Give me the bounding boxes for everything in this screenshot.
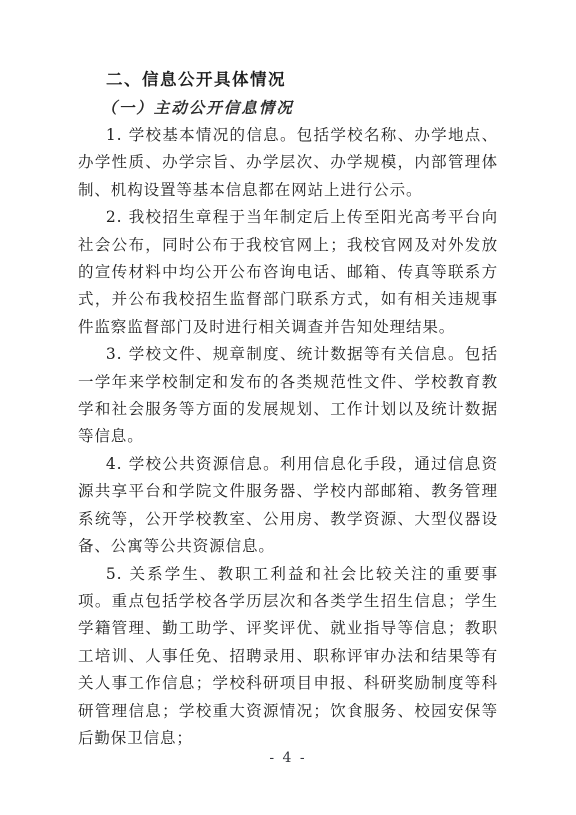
paragraph-2: 2. 我校招生章程于当年制定后上传至阳光高考平台向社会公布，同时公布于我校官网上… [78, 204, 498, 341]
subsection-heading: （一）主动公开信息情况 [78, 94, 498, 122]
paragraph-1: 1. 学校基本情况的信息。包括学校名称、办学地点、办学性质、办学宗旨、办学层次、… [78, 122, 498, 204]
section-heading: 二、信息公开具体情况 [78, 66, 498, 94]
paragraph-3: 3. 学校文件、规章制度、统计数据等有关信息。包括一学年来学校制定和发布的各类规… [78, 341, 498, 451]
paragraph-5: 5. 关系学生、教职工利益和社会比较关注的重要事项。重点包括学校各学历层次和各类… [78, 561, 498, 753]
page-number: - 4 - [0, 750, 576, 766]
document-content: 二、信息公开具体情况 （一）主动公开信息情况 1. 学校基本情况的信息。包括学校… [78, 66, 498, 752]
document-page: 二、信息公开具体情况 （一）主动公开信息情况 1. 学校基本情况的信息。包括学校… [0, 0, 576, 815]
paragraph-4: 4. 学校公共资源信息。利用信息化手段，通过信息资源共享平台和学院文件服务器、学… [78, 451, 498, 561]
